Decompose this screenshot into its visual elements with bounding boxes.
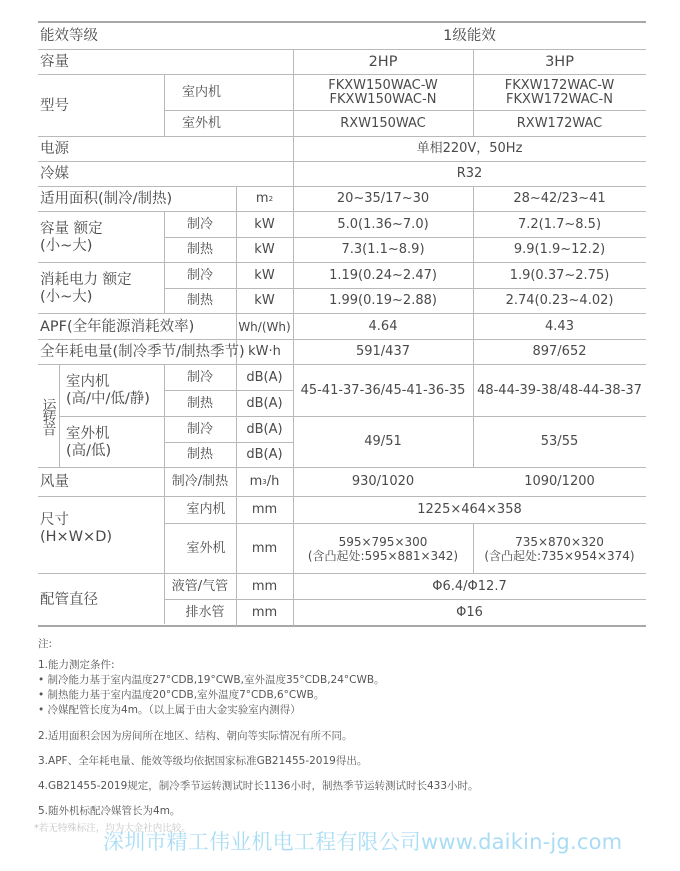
- noise-outdoor-2hp: 49/51: [293, 417, 473, 467]
- noise-indoor-heating-label: 制热: [164, 391, 236, 416]
- noise-indoor-label-2: (高/中/低/静): [66, 392, 150, 406]
- noise-indoor-cooling-unit: dB(A): [236, 365, 293, 390]
- annual-power-label: 全年耗电量(制冷季节/制热季节): [38, 340, 236, 364]
- dimensions-outdoor-2hp-main: 595×795×300: [339, 535, 428, 549]
- power-value: 单相220V，50Hz: [293, 137, 646, 161]
- dimensions-outdoor-2hp-protrusion: (含凸起处:595×881×342): [308, 549, 458, 563]
- company-watermark: 深圳市精工伟业机电工程有限公司www.daikin-jg.com: [103, 826, 622, 856]
- model-indoor-3hp-w: FKXW172WAC-W: [505, 79, 614, 93]
- energy-grade-value: 1级能效: [293, 22, 646, 49]
- noise-label: 运转音: [38, 365, 59, 467]
- area-label: 适用面积(制冷/制热): [38, 187, 236, 211]
- apf-label: APF(全年能源消耗效率): [38, 314, 236, 339]
- power-consumption-label-2: (小~大): [40, 290, 92, 304]
- note-1-bullet-1: • 制冷能力基于室内温度27°CDB,19°CWB,室外温度35°CDB,24°…: [38, 672, 385, 687]
- power-label: 电源: [38, 137, 293, 161]
- power-consumption-cooling-label: 制冷: [164, 263, 236, 288]
- area-unit-sup: 2: [269, 192, 273, 206]
- note-2: 2.适用面积会因为房间所在地区、结构、朝向等实际情况有所不同。: [38, 728, 353, 743]
- dimensions-outdoor-3hp: 735×870×320 (含凸起处:735×954×374): [473, 524, 646, 573]
- airflow-sub-label: 制冷/制热: [164, 468, 236, 496]
- dimensions-label-2: (H×W×D): [40, 530, 112, 544]
- note-3: 3.APF、全年耗电量、能效等级均依据国家标准GB21455-2019得出。: [38, 753, 367, 768]
- dimensions-indoor-value: 1225×464×358: [293, 497, 646, 523]
- noise-outdoor-heating-label: 制热: [164, 443, 236, 467]
- piping-liquid-gas-label: 液管/气管: [164, 574, 236, 599]
- piping-liquid-gas-value: Φ6.4/Φ12.7: [293, 574, 646, 599]
- noise-indoor-heating-unit: dB(A): [236, 391, 293, 416]
- area-unit-base: m: [256, 192, 269, 206]
- annual-power-unit: kW·h: [236, 340, 293, 364]
- model-indoor-3hp: FKXW172WAC-W FKXW172WAC-N: [473, 75, 646, 110]
- model-indoor-2hp: FKXW150WAC-W FKXW150WAC-N: [293, 75, 473, 110]
- note-1-title: 1.能力测定条件:: [38, 657, 115, 672]
- model-label: 型号: [38, 75, 164, 136]
- power-consumption-label-1: 消耗电力 额定: [40, 273, 132, 287]
- airflow-unit: m3/h: [236, 468, 293, 496]
- power-consumption-cooling-2hp: 1.19(0.24~2.47): [293, 263, 473, 288]
- annual-power-3hp: 897/652: [473, 340, 646, 364]
- refrigerant-value: R32: [293, 162, 646, 186]
- area-unit: m2: [236, 187, 293, 211]
- noise-indoor-label: 室内机 (高/中/低/静): [64, 365, 164, 416]
- model-outdoor-2hp: RXW150WAC: [293, 111, 473, 136]
- rated-capacity-cooling-label: 制冷: [164, 212, 236, 237]
- piping-drain-label: 排水管: [164, 600, 236, 625]
- power-consumption-heating-unit: kW: [236, 289, 293, 313]
- noise-outdoor-label-2: (高/低): [66, 444, 111, 458]
- model-indoor-3hp-n: FKXW172WAC-N: [506, 93, 613, 107]
- dimensions-outdoor-3hp-protrusion: (含凸起处:735×954×374): [484, 549, 634, 563]
- dimensions-indoor-label: 室内机: [164, 497, 236, 523]
- power-consumption-label: 消耗电力 额定 (小~大): [38, 263, 164, 313]
- note-4: 4.GB21455-2019规定，制冷季节运转测试时长1136小时，制热季节运转…: [38, 778, 479, 793]
- model-indoor-2hp-n: FKXW150WAC-N: [330, 93, 437, 107]
- piping-drain-unit: mm: [236, 600, 293, 625]
- table-bottom-border: [38, 625, 646, 627]
- dimensions-outdoor-2hp: 595×795×300 (含凸起处:595×881×342): [293, 524, 473, 573]
- rated-capacity-heating-3hp: 9.9(1.9~12.2): [473, 238, 646, 262]
- noise-outdoor-3hp: 53/55: [473, 417, 646, 467]
- col-divider: [59, 364, 60, 467]
- piping-label: 配管直径: [38, 574, 164, 625]
- rated-capacity-heating-unit: kW: [236, 238, 293, 262]
- rated-capacity-cooling-3hp: 7.2(1.7~8.5): [473, 212, 646, 237]
- noise-indoor-3hp: 48-44-39-38/48-44-38-37: [473, 365, 646, 416]
- noise-indoor-label-1: 室内机: [66, 375, 110, 389]
- airflow-unit-rest: /h: [267, 475, 280, 489]
- rated-capacity-cooling-unit: kW: [236, 212, 293, 237]
- airflow-3hp: 1090/1200: [473, 468, 646, 496]
- noise-outdoor-label: 室外机 (高/低): [64, 417, 164, 467]
- col-divider: [164, 74, 165, 136]
- dimensions-indoor-unit: mm: [236, 497, 293, 523]
- noise-outdoor-heating-unit: dB(A): [236, 443, 293, 467]
- note-1-bullet-2: • 制热能力基于室内温度20°CDB,室外温度7°CDB,6°CWB。: [38, 687, 324, 702]
- noise-outdoor-cooling-unit: dB(A): [236, 417, 293, 442]
- airflow-2hp: 930/1020: [293, 468, 473, 496]
- power-consumption-heating-2hp: 1.99(0.19~2.88): [293, 289, 473, 313]
- noise-outdoor-cooling-label: 制冷: [164, 417, 236, 442]
- model-indoor-2hp-w: FKXW150WAC-W: [328, 79, 437, 93]
- apf-unit: Wh/(Wh): [236, 314, 293, 339]
- area-2hp: 20~35/17~30: [293, 187, 473, 211]
- note-1-bullet-3: • 冷媒配管长度为4m。（以上属于由大金实验室内测得）: [38, 702, 301, 717]
- power-consumption-heating-label: 制热: [164, 289, 236, 313]
- airflow-unit-base: m: [250, 475, 263, 489]
- piping-drain-value: Φ16: [293, 600, 646, 625]
- apf-2hp: 4.64: [293, 314, 473, 339]
- rated-capacity-cooling-2hp: 5.0(1.36~7.0): [293, 212, 473, 237]
- capacity-3hp: 3HP: [473, 50, 646, 74]
- spec-table: 能效等级 1级能效 容量 2HP 3HP 型号 室内机 FKXW150WAC-W…: [0, 0, 680, 640]
- refrigerant-label: 冷媒: [38, 162, 293, 186]
- dimensions-label: 尺寸 (H×W×D): [38, 497, 164, 549]
- power-consumption-cooling-3hp: 1.9(0.37~2.75): [473, 263, 646, 288]
- apf-3hp: 4.43: [473, 314, 646, 339]
- dimensions-outdoor-label: 室外机: [164, 524, 236, 573]
- dimensions-label-1: 尺寸: [40, 513, 69, 527]
- rated-capacity-label: 容量 额定 (小~大): [38, 212, 164, 262]
- airflow-label: 风量: [38, 468, 164, 496]
- power-consumption-cooling-unit: kW: [236, 263, 293, 288]
- power-consumption-heating-3hp: 2.74(0.23~4.02): [473, 289, 646, 313]
- area-3hp: 28~42/23~41: [473, 187, 646, 211]
- dimensions-outdoor-3hp-main: 735×870×320: [515, 535, 604, 549]
- rated-capacity-heating-2hp: 7.3(1.1~8.9): [293, 238, 473, 262]
- capacity-2hp: 2HP: [293, 50, 473, 74]
- rated-capacity-label-2: (小~大): [40, 239, 92, 253]
- annual-power-2hp: 591/437: [293, 340, 473, 364]
- rated-capacity-heating-label: 制热: [164, 238, 236, 262]
- rated-capacity-label-1: 容量 额定: [40, 222, 103, 236]
- model-indoor-label: 室内机: [180, 75, 293, 110]
- capacity-label: 容量: [38, 50, 293, 74]
- noise-indoor-cooling-label: 制冷: [164, 365, 236, 390]
- note-5: 5.随外机标配冷媒管长为4m。: [38, 803, 180, 818]
- dimensions-outdoor-unit: mm: [236, 524, 293, 573]
- energy-grade-label: 能效等级: [38, 22, 293, 49]
- noise-outdoor-label-1: 室外机: [66, 427, 110, 441]
- notes-heading: 注:: [38, 636, 52, 651]
- noise-indoor-2hp: 45-41-37-36/45-41-36-35: [293, 365, 473, 416]
- model-outdoor-label: 室外机: [180, 111, 293, 136]
- piping-liquid-gas-unit: mm: [236, 574, 293, 599]
- model-outdoor-3hp: RXW172WAC: [473, 111, 646, 136]
